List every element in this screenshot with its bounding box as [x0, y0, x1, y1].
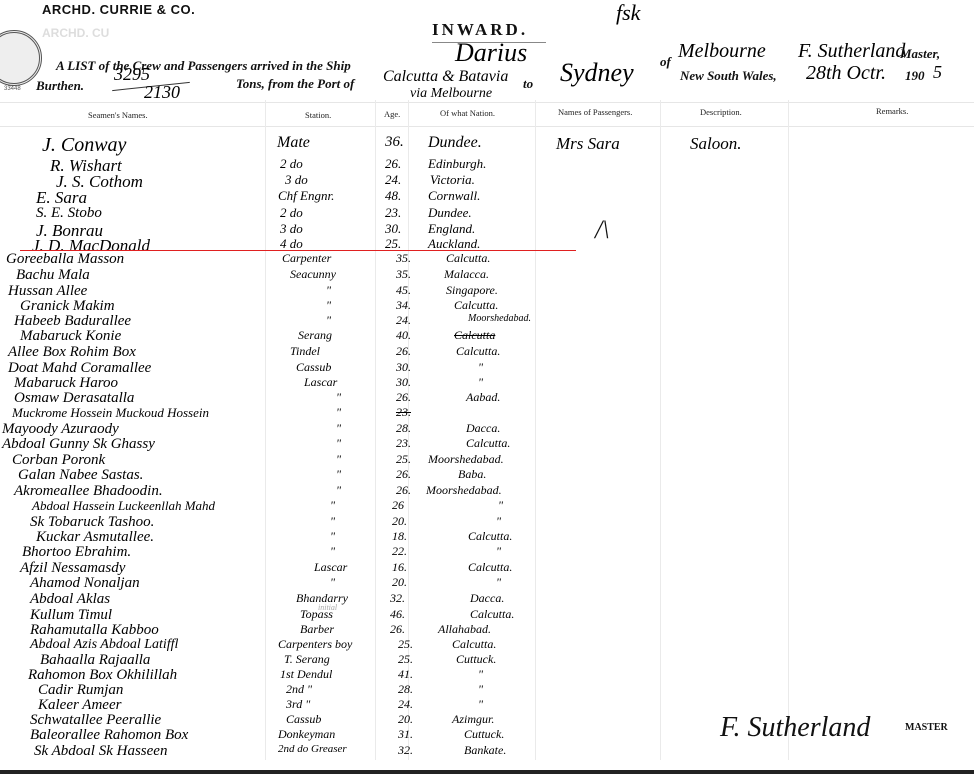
- table-row: Sk Abdoal Sk Hasseen2nd do Greaser32.Ban…: [0, 743, 974, 763]
- col-header-seamens-names: Seamen's Names.: [88, 110, 148, 120]
- seaman-station: ": [336, 390, 341, 405]
- seaman-nation: Allahabad.: [438, 622, 491, 637]
- seaman-nation: ": [496, 514, 501, 529]
- burthen-net: 2130: [144, 82, 180, 103]
- printer-imprint-ghost: ARCHD. CU: [42, 26, 109, 40]
- arrival-date: 28th Octr.: [806, 62, 886, 85]
- seaman-nation: Calcutta.: [470, 607, 514, 622]
- seaman-age: 22.: [392, 544, 407, 559]
- seaman-age: 45.: [396, 283, 411, 298]
- seaman-name: Goreeballa Masson: [6, 251, 124, 268]
- seaman-nation: Moorshedabad.: [428, 452, 504, 467]
- seaman-age: 40.: [396, 328, 411, 343]
- stamp-number: 33448: [4, 86, 21, 92]
- seaman-age: 16.: [392, 560, 407, 575]
- to-label: to: [523, 76, 533, 92]
- destination: Sydney: [560, 58, 634, 88]
- seaman-age: 26.: [385, 156, 401, 172]
- seaman-age: 20.: [392, 514, 407, 529]
- seaman-age: 26.: [396, 390, 411, 405]
- port-of-registry: Melbourne: [678, 40, 766, 63]
- seaman-nation: Singapore.: [446, 283, 498, 298]
- seaman-age: 26.: [396, 467, 411, 482]
- seaman-station: Cassub: [286, 712, 321, 727]
- seaman-age: 26: [392, 498, 404, 513]
- col-header-remarks: Remarks.: [876, 106, 908, 116]
- seaman-nation: Moorshedabad.: [468, 313, 531, 324]
- seaman-station: Carpenter: [282, 251, 331, 266]
- seaman-station: Barber: [300, 622, 334, 637]
- seaman-station: ": [336, 405, 341, 420]
- seaman-nation: Calcutta: [454, 328, 495, 343]
- seaman-nation: England.: [428, 221, 475, 237]
- seaman-station: Cassub: [296, 360, 331, 375]
- seaman-name: Bhortoo Ebrahim.: [22, 544, 131, 561]
- seaman-age: 23.: [385, 205, 401, 221]
- seaman-station: ": [336, 421, 341, 436]
- seaman-nation: Calcutta.: [446, 251, 490, 266]
- seaman-age: 25.: [398, 637, 413, 652]
- seaman-age: 25.: [398, 652, 413, 667]
- seaman-nation: ": [478, 697, 483, 712]
- seaman-age: 34.: [396, 298, 411, 313]
- seaman-age: 24.: [396, 313, 411, 328]
- seaman-station: ": [330, 575, 335, 590]
- seaman-age: 30.: [396, 375, 411, 390]
- seaman-station: 2nd do Greaser: [278, 743, 347, 755]
- seaman-age: 28.: [396, 421, 411, 436]
- scan-edge: [0, 770, 974, 774]
- seaman-nation: Dacca.: [466, 421, 500, 436]
- year-prefix: 190: [905, 68, 925, 84]
- seaman-age: 18.: [392, 529, 407, 544]
- seaman-station: ": [326, 313, 331, 328]
- seaman-nation: Edinburgh.: [428, 156, 486, 172]
- seaman-nation: Cuttuck.: [464, 727, 504, 742]
- col-header-passengers: Names of Passengers.: [558, 107, 632, 117]
- seaman-age: 23.: [396, 436, 411, 451]
- master-signature: F. Sutherland: [720, 712, 870, 744]
- seaman-name: Ahamod Nonaljan: [30, 575, 140, 592]
- seaman-nation: Calcutta.: [456, 344, 500, 359]
- seaman-nation: Dundee.: [428, 134, 482, 152]
- seaman-nation: Azimgur.: [452, 712, 494, 727]
- seaman-age: 32.: [390, 591, 405, 606]
- seaman-age: 20.: [398, 712, 413, 727]
- seaman-name: Sk Abdoal Sk Hasseen: [34, 743, 167, 760]
- seaman-age: 24.: [385, 172, 401, 188]
- seaman-name: Abdoal Gunny Sk Ghassy: [2, 436, 155, 453]
- seaman-age: 46.: [390, 607, 405, 622]
- station-annotation: initial: [318, 603, 337, 612]
- seaman-station: ": [336, 436, 341, 451]
- seaman-station: 2nd ": [286, 682, 312, 697]
- seaman-age: 26.: [396, 483, 411, 498]
- seaman-name: Mabaruck Konie: [20, 328, 121, 345]
- seaman-nation: Bankate.: [464, 743, 506, 758]
- seaman-nation: ": [496, 575, 501, 590]
- master-label: Master,: [900, 46, 940, 62]
- seaman-station: 3rd ": [286, 697, 310, 712]
- seaman-age: 35.: [396, 251, 411, 266]
- seaman-station: ": [330, 529, 335, 544]
- of-label: of: [660, 54, 671, 70]
- via-port: via Melbourne: [410, 86, 492, 102]
- seaman-station: 3 do: [280, 221, 303, 237]
- table-row: J. Conway Mate 36. Dundee.: [0, 134, 974, 154]
- seaman-age: 48.: [385, 188, 401, 204]
- seaman-name: Bachu Mala: [16, 267, 90, 284]
- seaman-name: J. Conway: [42, 134, 126, 157]
- seaman-station: 2 do: [280, 156, 303, 172]
- ship-name: Darius: [455, 38, 527, 68]
- table-top-rule: [0, 102, 974, 103]
- seaman-age: 26.: [390, 622, 405, 637]
- seaman-nation: ": [496, 544, 501, 559]
- master-signature-label: MASTER: [905, 722, 948, 733]
- seaman-name: Abdoal Hassein Luckeenllah Mahd: [32, 498, 215, 514]
- col-header-description: Description.: [700, 107, 742, 117]
- seaman-name: Abdoal Aklas: [30, 591, 110, 608]
- seaman-nation: Victoria.: [430, 172, 475, 188]
- tick-mark: /\: [595, 215, 609, 245]
- seaman-station: Carpenters boy: [278, 637, 352, 652]
- seaman-station: ": [336, 483, 341, 498]
- seaman-nation: Malacca.: [444, 267, 489, 282]
- header-bottom-rule: [0, 126, 974, 127]
- seaman-station: Serang: [298, 328, 332, 343]
- seaman-station: ": [330, 498, 335, 513]
- seaman-nation: ": [478, 360, 483, 375]
- from-port: Calcutta & Batavia: [383, 68, 508, 86]
- seaman-nation: Dacca.: [470, 591, 504, 606]
- seaman-station: Mate: [277, 134, 310, 152]
- seaman-age: 35.: [396, 267, 411, 282]
- seaman-station: Lascar: [314, 560, 347, 575]
- tons-label: Tons, from the Port of: [236, 76, 354, 92]
- seaman-age: 25.: [396, 452, 411, 467]
- list-prefix: A LIST of the Crew and Passengers arrive…: [56, 58, 351, 74]
- seaman-age: 36.: [385, 134, 404, 151]
- col-header-age: Age.: [384, 109, 400, 119]
- seaman-nation: Calcutta.: [468, 560, 512, 575]
- seaman-age: 23.: [396, 405, 411, 420]
- seaman-nation: Aabad.: [466, 390, 500, 405]
- seaman-station: T. Serang: [284, 652, 330, 667]
- col-header-station: Station.: [305, 110, 331, 120]
- form-title: INWARD.: [432, 20, 528, 40]
- seaman-age: 28.: [398, 682, 413, 697]
- seaman-name: Allee Box Rohim Box: [8, 344, 136, 361]
- seaman-nation: Dundee.: [428, 205, 472, 221]
- seaman-station: Chf Engnr.: [278, 188, 334, 204]
- seaman-age: 30.: [385, 221, 401, 237]
- seaman-age: 32.: [398, 743, 413, 758]
- seaman-station: Lascar: [304, 375, 337, 390]
- seaman-name: S. E. Stobo: [36, 205, 102, 222]
- burthen-label: Burthen.: [36, 78, 84, 94]
- seaman-age: 30.: [396, 360, 411, 375]
- printer-imprint: ARCHD. CURRIE & CO.: [42, 2, 195, 17]
- seaman-age: 41.: [398, 667, 413, 682]
- seaman-age: 20.: [392, 575, 407, 590]
- seaman-name: Baleorallee Rahomon Box: [30, 727, 188, 744]
- seaman-nation: ": [478, 682, 483, 697]
- seaman-nation: Moorshedabad.: [426, 483, 502, 498]
- seaman-age: 24.: [398, 697, 413, 712]
- seaman-name: Muckrome Hossein Muckoud Hossein: [12, 405, 209, 421]
- seaman-nation: Cornwall.: [428, 188, 480, 204]
- seaman-station: Seacunny: [290, 267, 336, 282]
- seaman-nation: ": [498, 498, 503, 513]
- seaman-name: Abdoal Azis Abdoal Latiffl: [30, 637, 178, 653]
- seaman-nation: Calcutta.: [454, 298, 498, 313]
- seaman-nation: Calcutta.: [468, 529, 512, 544]
- seaman-station: ": [336, 467, 341, 482]
- seaman-station: ": [330, 514, 335, 529]
- seaman-station: ": [336, 452, 341, 467]
- seaman-nation: Calcutta.: [466, 436, 510, 451]
- seaman-name: Galan Nabee Sastas.: [18, 467, 143, 484]
- master-name-header: F. Sutherland: [798, 40, 905, 63]
- seaman-nation: Baba.: [458, 467, 486, 482]
- seaman-nation: Calcutta.: [452, 637, 496, 652]
- clerk-initials: fsk: [616, 0, 640, 26]
- col-header-nation: Of what Nation.: [440, 108, 495, 118]
- seaman-nation: ": [478, 667, 483, 682]
- year-suffix: 5: [933, 62, 942, 83]
- seaman-age: 26.: [396, 344, 411, 359]
- seaman-station: Tindel: [290, 344, 320, 359]
- seaman-station: ": [330, 544, 335, 559]
- seaman-station: 2 do: [280, 205, 303, 221]
- seaman-station: 3 do: [285, 172, 308, 188]
- seaman-station: ": [326, 298, 331, 313]
- seaman-age: 31.: [398, 727, 413, 742]
- state-label: New South Wales,: [680, 68, 777, 84]
- seaman-station: ": [326, 283, 331, 298]
- seaman-nation: ": [478, 375, 483, 390]
- seaman-station: Donkeyman: [278, 727, 335, 742]
- seaman-nation: Cuttuck.: [456, 652, 496, 667]
- seaman-station: 1st Dendul: [280, 667, 332, 682]
